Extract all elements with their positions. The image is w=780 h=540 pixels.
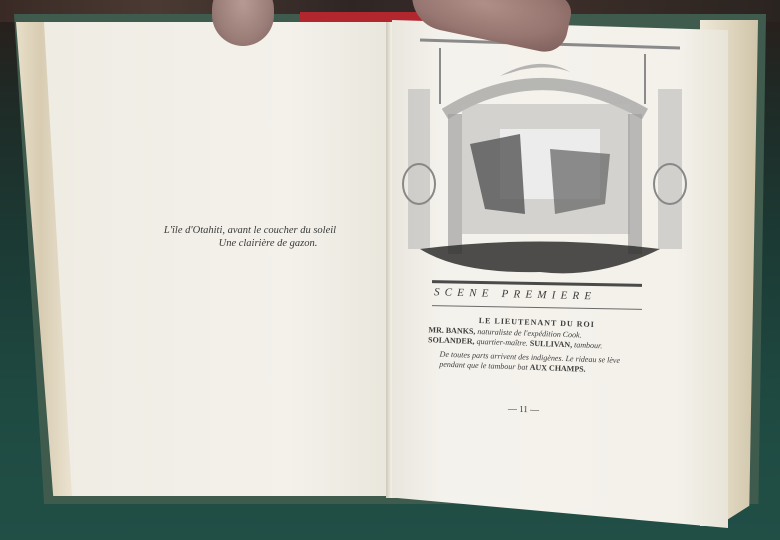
cast-desc-solander: quartier-maître.: [474, 337, 530, 348]
theatre-stage-illustration: [400, 34, 690, 274]
cast-list: LE LIEUTENANT DU ROI MR. BANKS, naturali…: [427, 314, 645, 377]
heading-rule-top: [432, 280, 642, 287]
cast-desc-sullivan: tambour.: [572, 340, 603, 350]
page-number: — 11 —: [508, 403, 540, 414]
cast-name-banks: MR. BANKS,: [428, 325, 475, 336]
cast-name-solander: SOLANDER,: [428, 335, 475, 346]
scene-title: SCENE PREMIERE: [434, 286, 644, 303]
caption-line-2: Une clairière de gazon.: [150, 237, 350, 250]
caption-line-1: L'île d'Otahiti, avant le coucher du sol…: [150, 224, 350, 237]
scene-heading: SCENE PREMIERE: [432, 282, 642, 308]
stage-direction-caps: AUX CHAMPS.: [530, 363, 586, 374]
left-page: [44, 22, 394, 496]
left-page-caption: L'île d'Otahiti, avant le coucher du sol…: [150, 224, 350, 250]
cast-name-sullivan: SULLIVAN,: [530, 339, 573, 349]
